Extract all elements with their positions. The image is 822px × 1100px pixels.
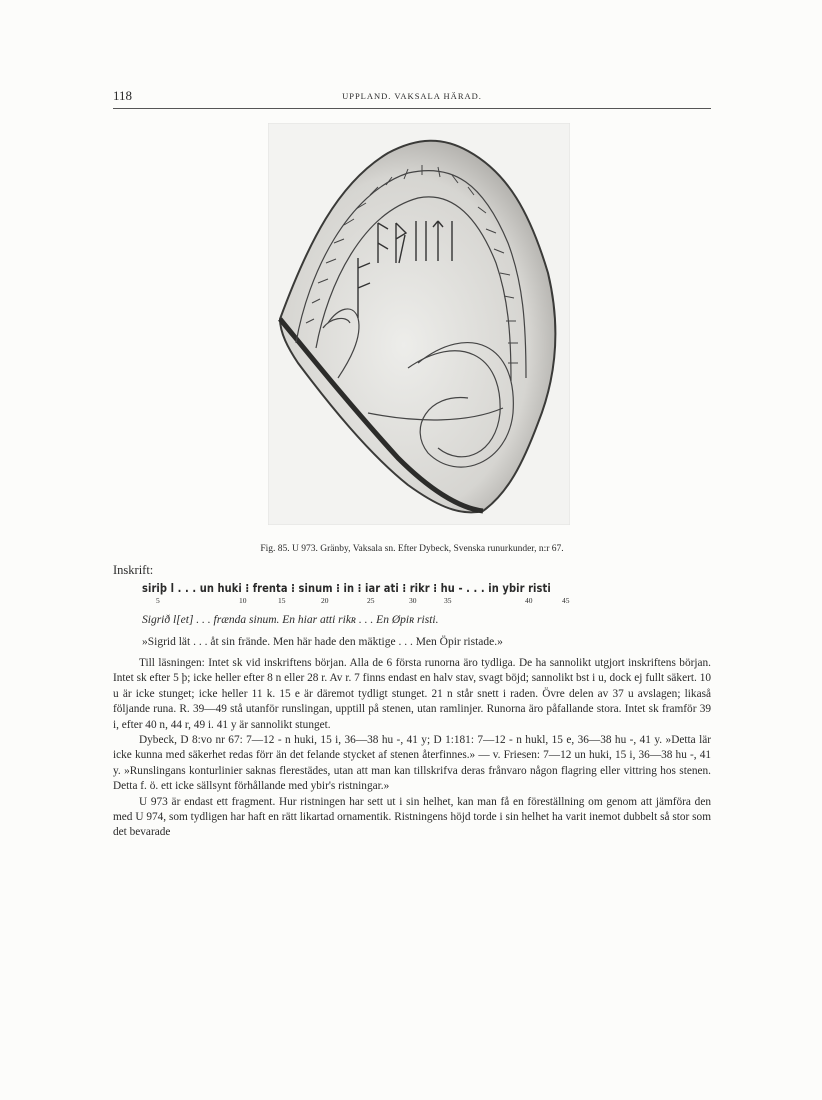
paragraph-earlier-readings: Dybeck, D 8:vo nr 67: 7—12 - n huki, 15 … — [113, 733, 711, 795]
commentary: Till läsningen: Intet sk vid inskriftens… — [113, 656, 711, 841]
figure-caption: Fig. 85. U 973. Gränby, Vaksala sn. Efte… — [113, 544, 711, 554]
paragraph-fragment-description: U 973 är endast ett fragment. Hur ristni… — [113, 795, 711, 841]
rune-numbering: 5 10 15 20 25 30 35 40 45 — [142, 596, 622, 606]
rune-number: 5 — [156, 596, 160, 605]
rune-stone-figure — [268, 123, 570, 525]
rune-number: 45 — [562, 596, 570, 605]
rune-number: 35 — [444, 596, 452, 605]
inscription-label: Inskrift: — [113, 563, 153, 578]
rune-transliteration: siriþ l . . . un huki ⁝ frenta ⁝ sinum ⁝… — [142, 581, 551, 595]
paragraph-reading-notes: Till läsningen: Intet sk vid inskriftens… — [113, 656, 711, 733]
running-title: UPPLAND. VAKSALA HÄRAD. — [113, 91, 711, 101]
rune-number: 15 — [278, 596, 286, 605]
rune-number: 10 — [239, 596, 247, 605]
rune-number: 25 — [367, 596, 375, 605]
normalization: Sigrið l[et] . . . frænda sinum. En hiar… — [142, 614, 438, 626]
rune-stone-drawing — [268, 123, 570, 525]
rune-number: 30 — [409, 596, 417, 605]
page-header: 118 UPPLAND. VAKSALA HÄRAD. — [113, 86, 711, 109]
rune-number: 20 — [321, 596, 329, 605]
rune-number: 40 — [525, 596, 533, 605]
translation: »Sigrid lät . . . åt sin frände. Men här… — [142, 636, 503, 648]
